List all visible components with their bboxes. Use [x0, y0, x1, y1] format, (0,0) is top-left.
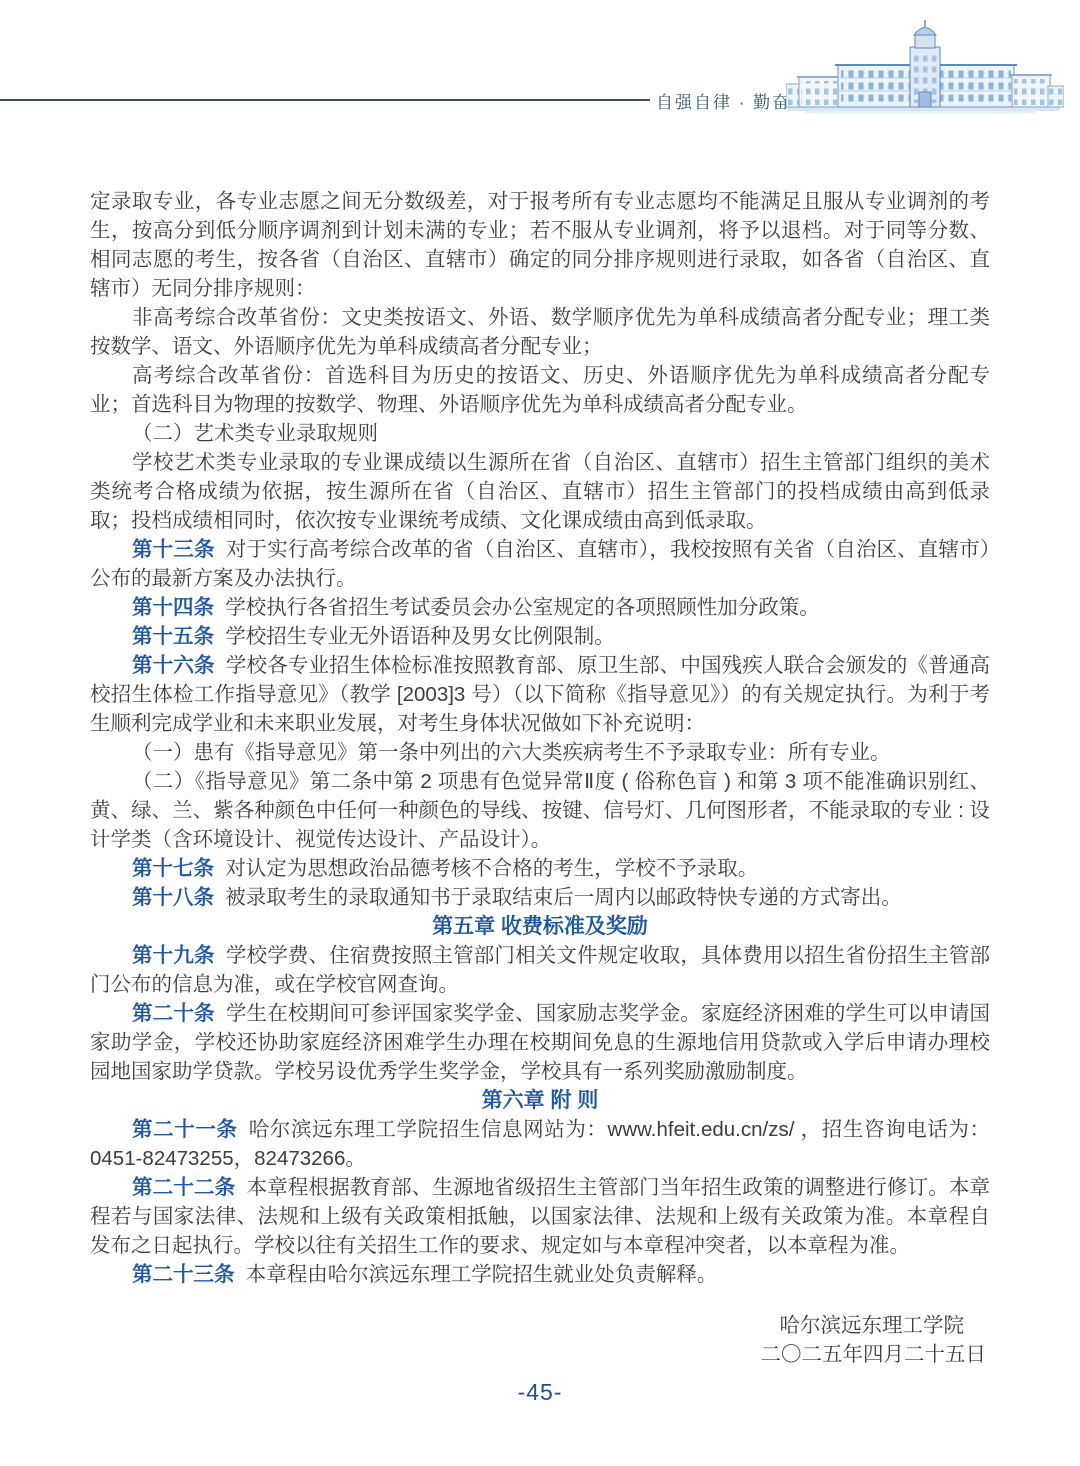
chapter-heading: 第六章 附 则: [90, 1086, 990, 1115]
article-clause: 第十六条学校各专业招生体检标准按照教育部、原卫生部、中国残疾人联合会颁发的《普通…: [90, 651, 990, 738]
article-text: 学校各专业招生体检标准按照教育部、原卫生部、中国残疾人联合会颁发的《普通高校招生…: [90, 654, 990, 735]
article-number: 第二十一条: [132, 1118, 238, 1141]
article-clause: 第二十一条哈尔滨远东理工学院招生信息网站为：www.hfeit.edu.cn/z…: [90, 1115, 990, 1173]
article-clause: 第十七条对认定为思想政治品德考核不合格的考生，学校不予录取。: [90, 854, 990, 883]
article-text: 学校招生专业无外语语种及男女比例限制。: [225, 625, 615, 648]
article-clause: 第二十条学生在校期间可参评国家奖学金、国家励志奖学金。家庭经济困难的学生可以申请…: [90, 999, 990, 1086]
article-text: 对于实行高考综合改革的省（自治区、直辖市），我校按照有关省（自治区、直辖市）公布…: [90, 538, 990, 590]
chapter-heading: 第五章 收费标准及奖励: [90, 912, 990, 941]
paragraph: 学校艺术类专业录取的专业课成绩以生源所在省（自治区、直辖市）招生主管部门组织的美…: [90, 448, 990, 535]
paragraph: （一）患有《指导意见》第一条中列出的六大类疾病考生不予录取专业：所有专业。: [90, 738, 990, 767]
signature-institution: 哈尔滨远东理工学院: [90, 1311, 990, 1340]
article-clause: 第十九条学校学费、住宿费按照主管部门相关文件规定收取，具体费用以招生省份招生主管…: [90, 941, 990, 999]
article-clause: 第十三条对于实行高考综合改革的省（自治区、直辖市），我校按照有关省（自治区、直辖…: [90, 535, 990, 593]
article-number: 第十四条: [132, 596, 214, 619]
article-text: 本章程由哈尔滨远东理工学院招生就业处负责解释。: [246, 1263, 718, 1286]
article-number: 第十九条: [132, 944, 215, 967]
header-rule: [0, 99, 650, 101]
article-number: 第二十三条: [132, 1263, 235, 1286]
article-number: 第十三条: [132, 538, 215, 561]
article-clause: 第二十三条本章程由哈尔滨远东理工学院招生就业处负责解释。: [90, 1260, 990, 1289]
article-number: 第十六条: [132, 654, 215, 677]
document-page: 自强自律 · 勤奋创新: [0, 0, 1080, 1466]
list-item-heading: （二）艺术类专业录取规则: [90, 419, 990, 448]
article-text: 学校执行各省招生考试委员会办公室规定的各项照顾性加分政策。: [225, 596, 820, 619]
article-number: 第十七条: [132, 857, 214, 880]
document-body: 定录取专业，各专业志愿之间无分数级差，对于报考所有专业志愿均不能满足且服从专业调…: [90, 187, 990, 1369]
article-number: 第二十二条: [132, 1176, 235, 1199]
article-clause: 第十八条被录取考生的录取通知书于录取结束后一周内以邮政特快专递的方式寄出。: [90, 883, 990, 912]
article-number: 第二十条: [132, 1002, 215, 1025]
article-clause: 第十四条学校执行各省招生考试委员会办公室规定的各项照顾性加分政策。: [90, 593, 990, 622]
article-text: 被录取考生的录取通知书于录取结束后一周内以邮政特快专递的方式寄出。: [225, 886, 902, 909]
paragraph: 高考综合改革省份：首选科目为历史的按语文、历史、外语顺序优先为单科成绩高者分配专…: [90, 361, 990, 419]
paragraph-continuation: 定录取专业，各专业志愿之间无分数级差，对于报考所有专业志愿均不能满足且服从专业调…: [90, 187, 990, 303]
signature-date: 二〇二五年四月二十五日: [90, 1340, 990, 1369]
page-number: -45-: [0, 1379, 1080, 1406]
paragraph: （二）《指导意见》第二条中第 2 项患有色觉异常Ⅱ度 ( 俗称色盲 ) 和第 3…: [90, 767, 990, 854]
article-clause: 第二十二条本章程根据教育部、生源地省级招生主管部门当年招生政策的调整进行修订。本…: [90, 1173, 990, 1260]
article-text: 学生在校期间可参评国家奖学金、国家励志奖学金。家庭经济困难的学生可以申请国家助学…: [90, 1002, 990, 1083]
article-text: 学校学费、住宿费按照主管部门相关文件规定收取，具体费用以招生省份招生主管部门公布…: [90, 944, 990, 996]
signature-block: 哈尔滨远东理工学院 二〇二五年四月二十五日: [90, 1311, 990, 1369]
paragraph: 非高考综合改革省份：文史类按语文、外语、数学顺序优先为单科成绩高者分配专业；理工…: [90, 303, 990, 361]
article-number: 第十八条: [132, 886, 214, 909]
university-building-icon: [786, 20, 1064, 124]
article-clause: 第十五条学校招生专业无外语语种及男女比例限制。: [90, 622, 990, 651]
article-number: 第十五条: [132, 625, 214, 648]
article-text: 对认定为思想政治品德考核不合格的考生，学校不予录取。: [225, 857, 758, 880]
